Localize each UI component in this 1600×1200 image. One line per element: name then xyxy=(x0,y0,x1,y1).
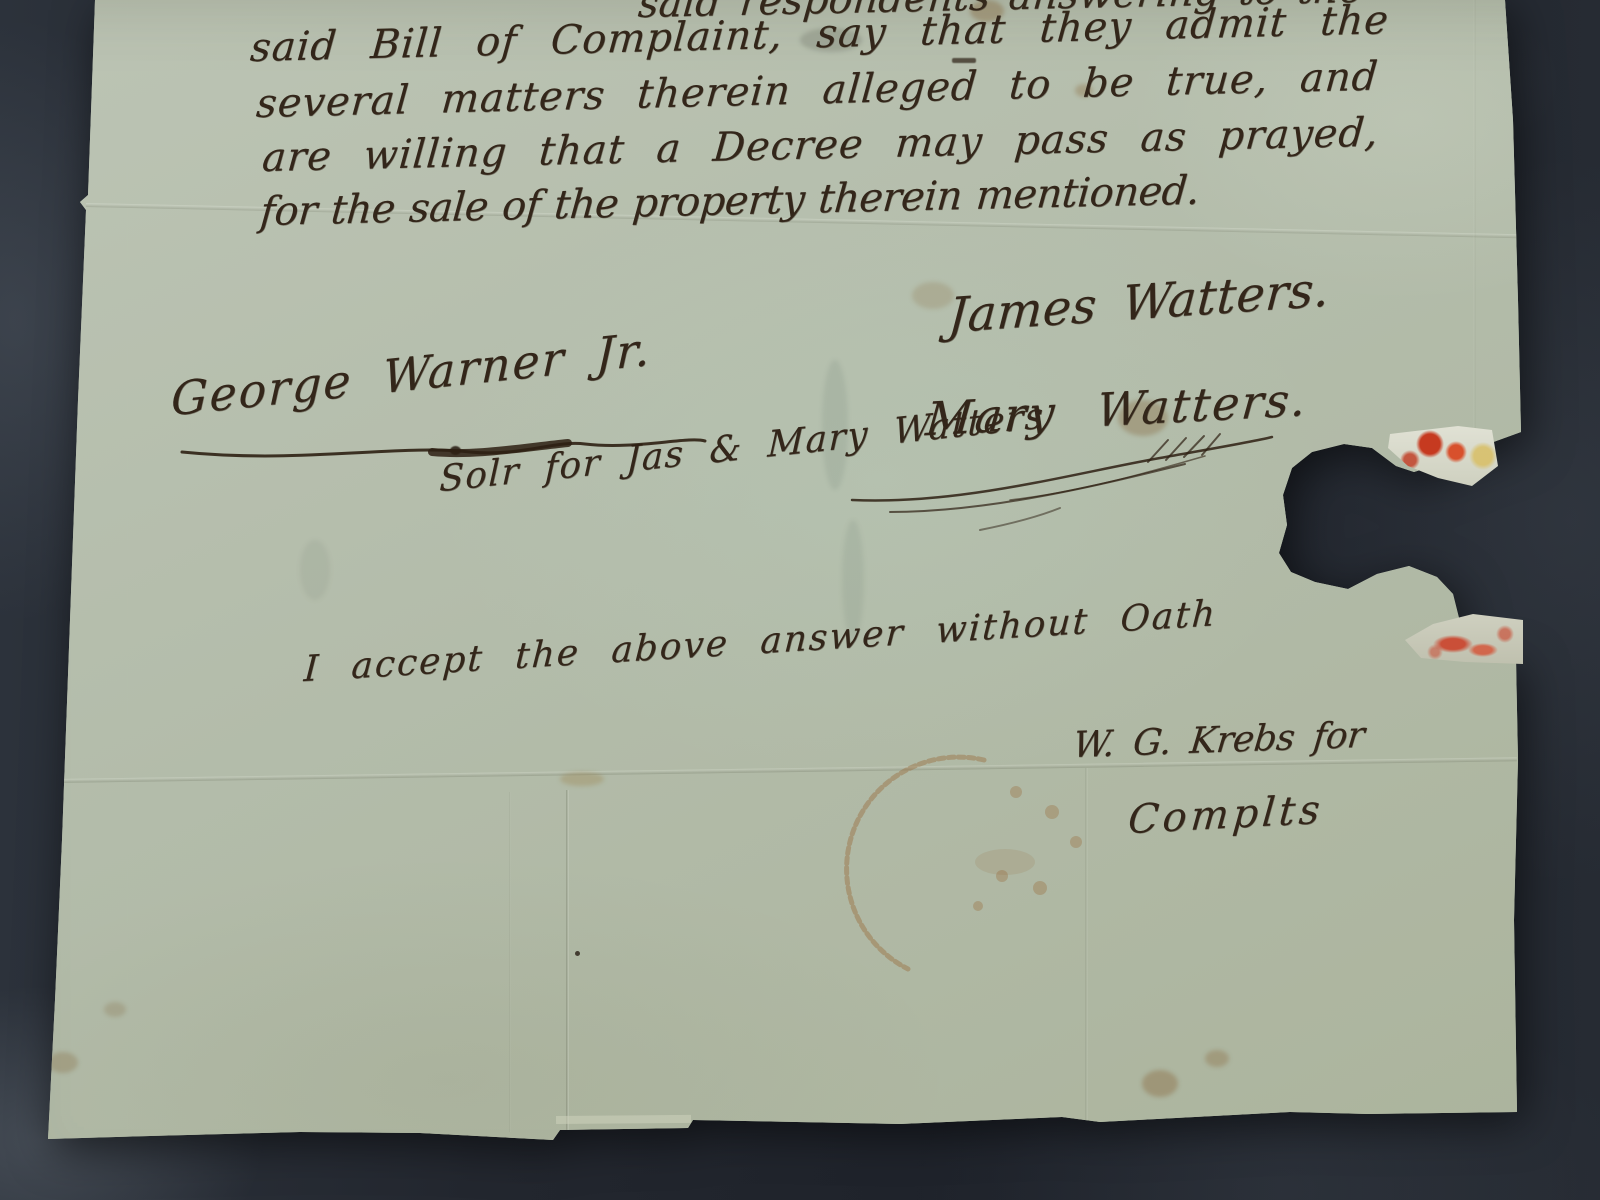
bleedthrough-smudge xyxy=(842,520,864,640)
ink-speck xyxy=(575,951,580,956)
complainants-abbreviation: Complts xyxy=(1126,790,1325,840)
fox-stain xyxy=(1205,1050,1229,1067)
handwriting-line-3: are willing that a Decree may pass as pr… xyxy=(261,113,1381,178)
fox-stain xyxy=(48,1052,78,1073)
fold-crease-vertical-main xyxy=(566,790,569,1135)
fox-stain xyxy=(1118,400,1168,436)
signature-james-watters: James Watters. xyxy=(947,265,1332,340)
smudge-mark xyxy=(800,28,862,52)
bleedthrough-smudge xyxy=(300,540,330,600)
handwriting-line-4: for the sale of the property therein men… xyxy=(259,171,1201,232)
fox-stain xyxy=(970,0,1004,22)
fox-stain xyxy=(560,772,604,786)
fold-crease-vertical-faint xyxy=(509,792,511,1132)
document-paper: said respondents answering to the said B… xyxy=(0,0,1600,1200)
fold-crease-horizontal-bottom xyxy=(55,757,1517,783)
fox-stain xyxy=(1142,1070,1178,1097)
signature-george-warner: George Warner Jr. xyxy=(170,326,652,423)
document-paper-wrap: said respondents answering to the said B… xyxy=(0,0,1600,1200)
fold-crease-horizontal-top xyxy=(86,203,1520,238)
fox-stain xyxy=(104,1002,126,1017)
signature-wg-krebs: W. G. Krebs for xyxy=(1071,718,1366,764)
handwriting-line-2: several matters therein alleged to be tr… xyxy=(255,57,1380,125)
handwriting-line-top-partial: said respondents answering to the xyxy=(637,0,1365,24)
photo-backdrop: said respondents answering to the said B… xyxy=(0,0,1600,1200)
ink-blot xyxy=(450,446,461,455)
signature-mary-watters: Mary Watters. xyxy=(924,376,1310,442)
solicitor-for-line: Solr for Jas & Mary Watters xyxy=(439,398,1045,498)
acceptance-statement: I accept the above answer without Oath xyxy=(303,596,1218,688)
fox-stain xyxy=(912,282,954,309)
fold-crease-vertical-right xyxy=(1085,768,1088,1120)
ink-dash-mark xyxy=(952,58,976,63)
fold-crease-vertical-upper-right xyxy=(1473,0,1476,430)
pen-flourishes xyxy=(0,0,1600,1200)
bottom-edge-tab xyxy=(556,1115,691,1124)
fox-stain xyxy=(1075,84,1093,97)
faded-circular-stamp xyxy=(0,0,1600,1200)
handwriting-line-1: said Bill of Complaint, say that they ad… xyxy=(249,0,1391,68)
bleedthrough-smudge xyxy=(822,360,848,490)
